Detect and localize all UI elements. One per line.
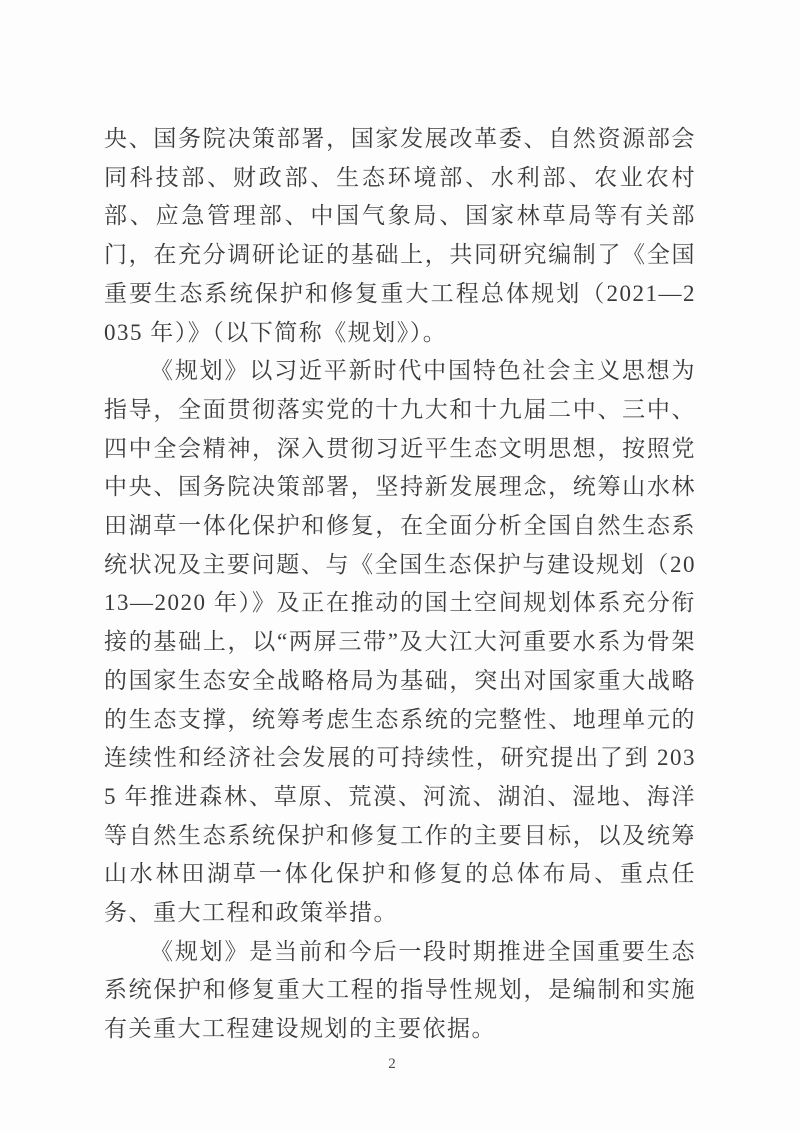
paragraph-2: 《规划》以习近平新时代中国特色社会主义思想为指导，全面贯彻落实党的十九大和十九届… bbox=[104, 352, 696, 933]
page-number: 2 bbox=[0, 1056, 784, 1073]
paragraph-1: 央、国务院决策部署，国家发展改革委、自然资源部会同科技部、财政部、生态环境部、水… bbox=[104, 120, 696, 352]
paragraph-3: 《规划》是当前和今后一段时期推进全国重要生态系统保护和修复重大工程的指导性规划，… bbox=[104, 933, 696, 1049]
document-page: 央、国务院决策部署，国家发展改革委、自然资源部会同科技部、财政部、生态环境部、水… bbox=[0, 0, 800, 1131]
document-body: 央、国务院决策部署，国家发展改革委、自然资源部会同科技部、财政部、生态环境部、水… bbox=[104, 120, 696, 1049]
